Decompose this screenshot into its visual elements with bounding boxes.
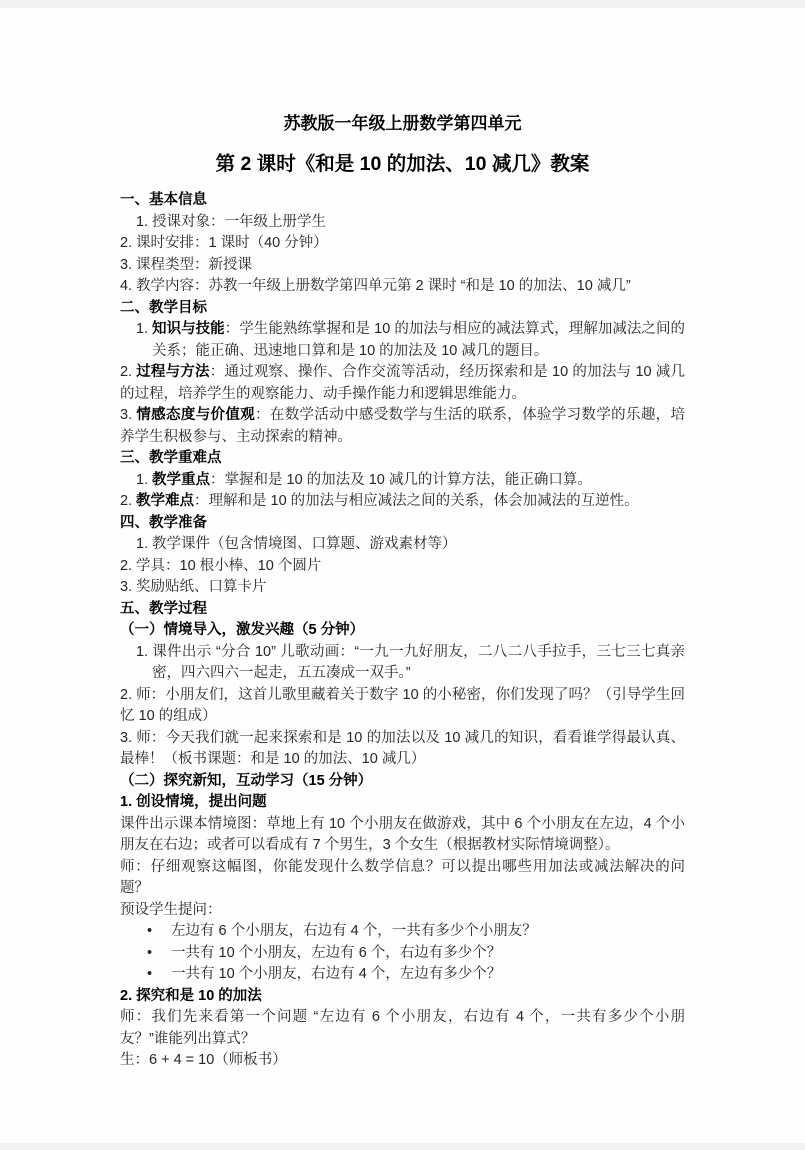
text-run: 课件出示 “分合 10” 儿歌动画：“一九一九好朋友，二八二八手拉手，三七三七真… [152, 644, 685, 682]
list-item: 1.知识与技能：学生能熟练掌握和是 10 的加法与相应的减法算式，理解加减法之间… [120, 319, 685, 362]
list-number: 1. [120, 470, 152, 492]
section-heading: 三、教学重难点 [120, 448, 685, 470]
list-number: 2. [120, 233, 136, 255]
step-heading: 2. 探究和是 10 的加法 [120, 986, 685, 1008]
subsection-heading: （一）情境导入，激发兴趣（5 分钟） [120, 620, 685, 642]
text-run: 2. 探究和是 10 的加法 [120, 988, 262, 1004]
text-run: 预设学生提问： [120, 902, 222, 918]
list-item: 4.教学内容：苏教一年级上册数学第四单元第 2 课时 “和是 10 的加法、10… [120, 276, 685, 298]
document-subtitle: 第 2 课时《和是 10 的加法、10 减几》教案 [120, 150, 685, 178]
list-item: 2.学具：10 根小棒、10 个圆片 [120, 556, 685, 578]
list-number: 3. [120, 577, 136, 599]
text-run: 师：小朋友们，这首儿歌里藏着关于数字 10 的小秘密，你们发现了吗？（引导学生回… [120, 687, 685, 725]
bullet-icon: • [120, 943, 171, 965]
text-run: 生：6 + 4 = 10（师板书） [120, 1052, 287, 1068]
section-heading: 一、基本信息 [120, 190, 685, 212]
list-item: 3.课程类型：新授课 [120, 255, 685, 277]
list-item: 1.教学重点：掌握和是 10 的加法及 10 减几的计算方法，能正确口算。 [120, 470, 685, 492]
document-body: 一、基本信息1.授课对象：一年级上册学生2.课时安排：1 课时（40 分钟）3.… [120, 190, 685, 1072]
text-run: 课时安排：1 课时（40 分钟） [136, 235, 328, 251]
list-item: 3.情感态度与价值观：在数学活动中感受数学与生活的联系，体验学习数学的乐趣，培养… [120, 405, 685, 448]
bullet-icon: • [120, 964, 171, 986]
text-run: ：学生能熟练掌握和是 10 的加法与相应的减法算式，理解加减法之间的关系；能正确… [152, 321, 685, 359]
text-run: 情感态度与价值观 [136, 407, 255, 423]
text-run: 师：今天我们就一起来探索和是 10 的加法以及 10 减几的知识，看看谁学得最认… [120, 730, 685, 768]
text-run: 教学内容：苏教一年级上册数学第四单元第 2 课时 “和是 10 的加法、10 减… [136, 278, 631, 294]
text-run: 教学课件（包含情境图、口算题、游戏素材等） [152, 536, 457, 552]
bullet-icon: • [120, 921, 171, 943]
text-run: 奖励贴纸、口算卡片 [136, 579, 267, 595]
list-number: 2. [120, 362, 136, 384]
list-number: 2. [120, 491, 136, 513]
text-run: 教学重点 [152, 472, 210, 488]
paragraph: 生：6 + 4 = 10（师板书） [120, 1050, 685, 1072]
document-viewport: 苏教版一年级上册数学第四单元 第 2 课时《和是 10 的加法、10 减几》教案… [0, 0, 805, 1150]
bullet-item: •左边有 6 个小朋友，右边有 4 个，一共有多少个小朋友？ [120, 921, 685, 943]
list-item: 2.课时安排：1 课时（40 分钟） [120, 233, 685, 255]
list-number: 1. [120, 642, 152, 664]
list-item: 2.师：小朋友们，这首儿歌里藏着关于数字 10 的小秘密，你们发现了吗？（引导学… [120, 685, 685, 728]
list-number: 3. [120, 405, 136, 427]
text-run: 课件出示课本情境图：草地上有 10 个小朋友在做游戏，其中 6 个小朋友在左边，… [120, 816, 685, 854]
section-heading: 五、教学过程 [120, 599, 685, 621]
text-run: 左边有 6 个小朋友，右边有 4 个，一共有多少个小朋友？ [171, 923, 537, 939]
section-heading: 二、教学目标 [120, 298, 685, 320]
list-item: 2.教学难点：理解和是 10 的加法与相应减法之间的关系，体会加减法的互逆性。 [120, 491, 685, 513]
text-run: 课程类型：新授课 [136, 257, 252, 273]
list-number: 3. [120, 255, 136, 277]
list-number: 1. [120, 212, 152, 234]
text-run: 五、教学过程 [120, 601, 207, 617]
text-run: 二、教学目标 [120, 300, 207, 316]
list-item: 3.师：今天我们就一起来探索和是 10 的加法以及 10 减几的知识，看看谁学得… [120, 728, 685, 771]
text-run: 教学难点 [136, 493, 194, 509]
document-title: 苏教版一年级上册数学第四单元 [120, 112, 685, 136]
list-number: 4. [120, 276, 136, 298]
list-number: 3. [120, 728, 136, 750]
bullet-item: •一共有 10 个小朋友，右边有 4 个，左边有多少个？ [120, 964, 685, 986]
text-run: 四、教学准备 [120, 515, 207, 531]
document-page: 苏教版一年级上册数学第四单元 第 2 课时《和是 10 的加法、10 减几》教案… [0, 8, 805, 1143]
text-run: ：掌握和是 10 的加法及 10 减几的计算方法，能正确口算。 [210, 472, 592, 488]
list-item: 2.过程与方法：通过观察、操作、合作交流等活动，经历探索和是 10 的加法与 1… [120, 362, 685, 405]
text-run: 一共有 10 个小朋友，左边有 6 个，右边有多少个？ [171, 945, 501, 961]
list-item: 1.教学课件（包含情境图、口算题、游戏素材等） [120, 534, 685, 556]
text-run: （二）探究新知，互动学习（15 分钟） [120, 773, 372, 789]
text-run: 一共有 10 个小朋友，右边有 4 个，左边有多少个？ [171, 966, 501, 982]
step-heading: 1. 创设情境，提出问题 [120, 792, 685, 814]
text-run: 师：仔细观察这幅图，你能发现什么数学信息？可以提出哪些用加法或减法解决的问题？ [120, 859, 685, 897]
viewer-background-bottom [0, 1143, 805, 1150]
viewer-background-top [0, 0, 805, 8]
text-run: 知识与技能 [152, 321, 225, 337]
list-number: 1. [120, 319, 152, 341]
list-item: 1.课件出示 “分合 10” 儿歌动画：“一九一九好朋友，二八二八手拉手，三七三… [120, 642, 685, 685]
paragraph: 师：仔细观察这幅图，你能发现什么数学信息？可以提出哪些用加法或减法解决的问题？ [120, 857, 685, 900]
list-item: 3.奖励贴纸、口算卡片 [120, 577, 685, 599]
text-run: （一）情境导入，激发兴趣（5 分钟） [120, 622, 364, 638]
paragraph: 师：我们先来看第一个问题 “左边有 6 个小朋友，右边有 4 个，一共有多少个小… [120, 1007, 685, 1050]
text-run: ：理解和是 10 的加法与相应减法之间的关系，体会加减法的互逆性。 [194, 493, 639, 509]
list-number: 2. [120, 556, 136, 578]
section-heading: 四、教学准备 [120, 513, 685, 535]
list-number: 2. [120, 685, 136, 707]
text-run: 过程与方法 [136, 364, 210, 380]
text-run: 1. 创设情境，提出问题 [120, 794, 267, 810]
list-item: 1.授课对象：一年级上册学生 [120, 212, 685, 234]
text-run: 师：我们先来看第一个问题 “左边有 6 个小朋友，右边有 4 个，一共有多少个小… [120, 1009, 685, 1047]
text-run: 三、教学重难点 [120, 450, 222, 466]
list-number: 1. [120, 534, 152, 556]
paragraph: 课件出示课本情境图：草地上有 10 个小朋友在做游戏，其中 6 个小朋友在左边，… [120, 814, 685, 857]
text-run: 一、基本信息 [120, 192, 207, 208]
paragraph: 预设学生提问： [120, 900, 685, 922]
subsection-heading: （二）探究新知，互动学习（15 分钟） [120, 771, 685, 793]
text-run: 授课对象：一年级上册学生 [152, 214, 326, 230]
text-run: 学具：10 根小棒、10 个圆片 [136, 558, 321, 574]
bullet-item: •一共有 10 个小朋友，左边有 6 个，右边有多少个？ [120, 943, 685, 965]
